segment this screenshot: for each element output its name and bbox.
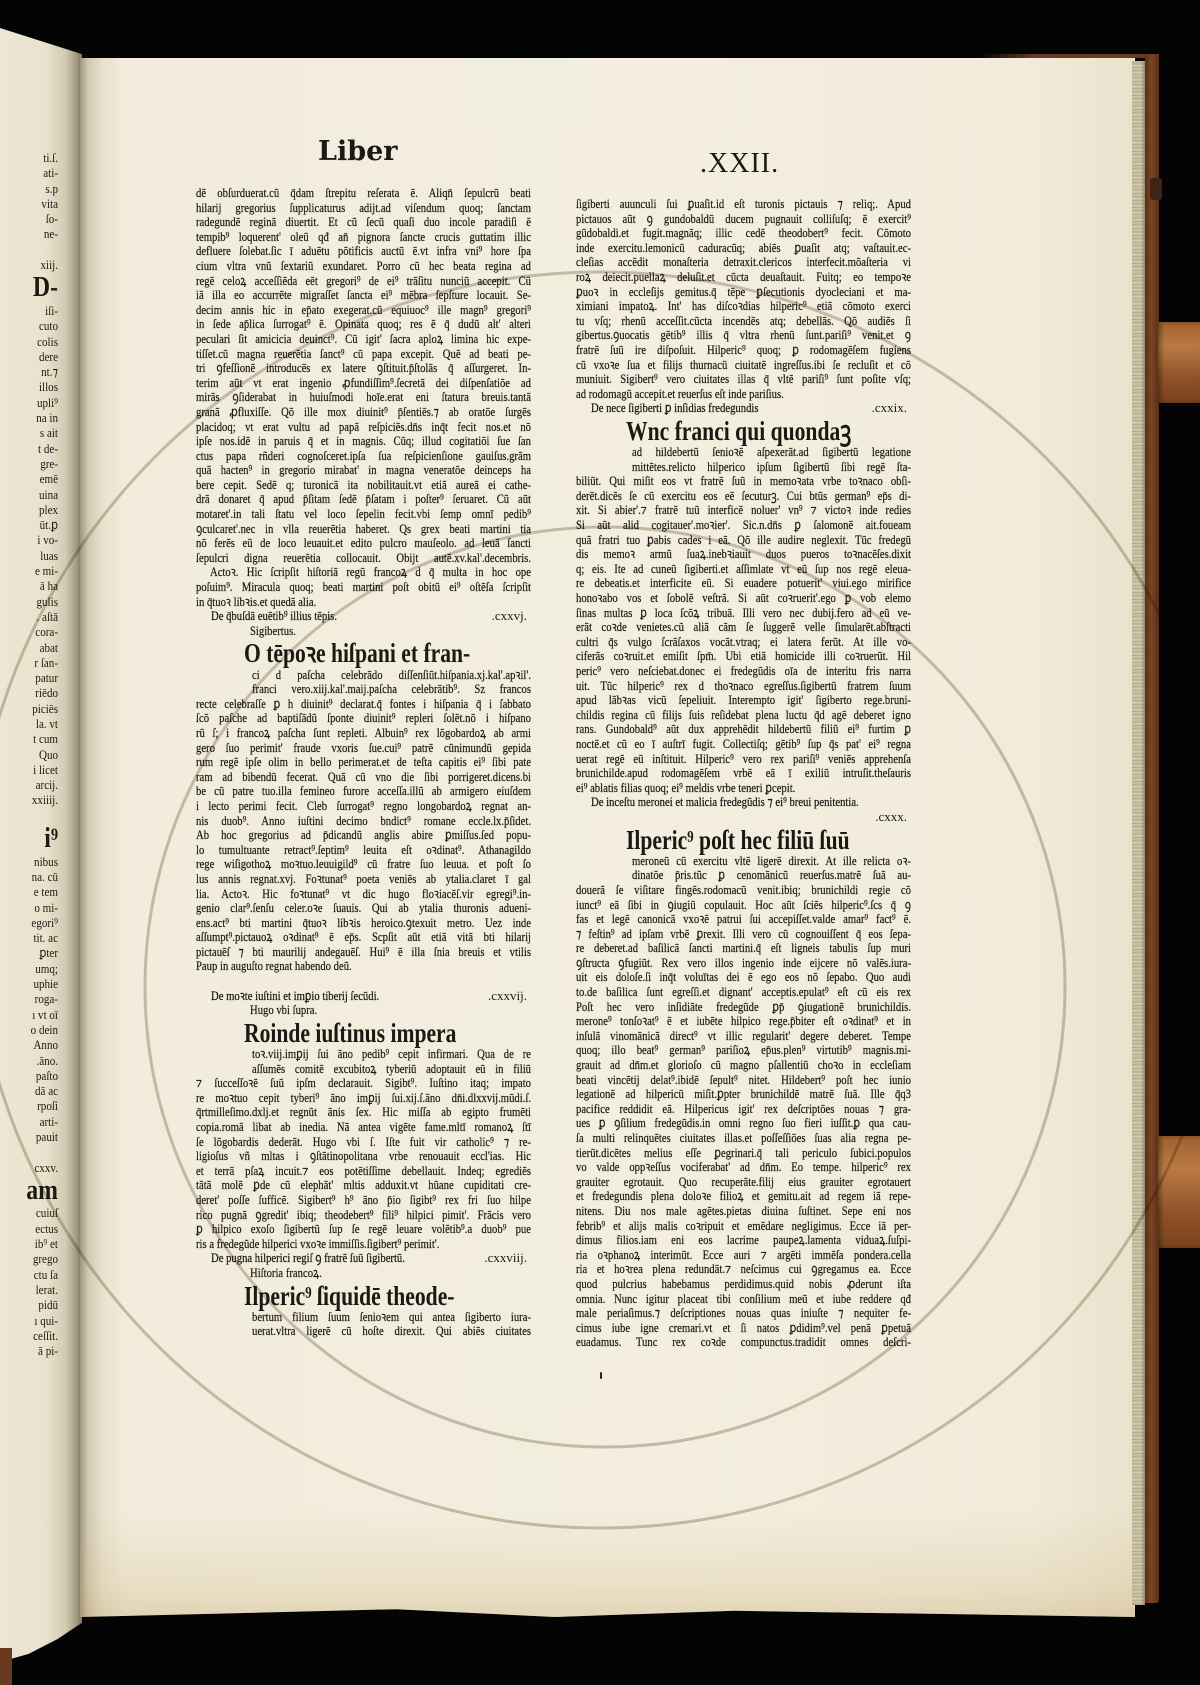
text-fragment: patur [0, 670, 58, 685]
text-line: placidoq; vt erat vultu ad papā reſpiciē… [196, 420, 531, 435]
right-text-column: ſigiberti auunculi ſui ꝑuaſit.id eſt tur… [576, 197, 911, 1350]
text-fragment: nibus [0, 854, 58, 869]
text-line: mittētes.relicto hilperico ipſum ſigiber… [632, 460, 911, 475]
text-line: franci vero.xiij.kal'.maij.paſcha celebr… [252, 682, 531, 697]
text-fragment: colis [0, 334, 58, 349]
text-fragment: ceſſit. [0, 1328, 58, 1343]
text-line: rū ſ; i francoꝝ paſcha ſunt repleti. Alb… [196, 726, 531, 741]
text-line: douerā ſe viſitare fingēs.rodomacū venit… [576, 883, 911, 898]
text-fragment: gulis [0, 594, 58, 609]
text-line: ad rodomagū accepit.et reuerſus eſt inde… [576, 387, 911, 402]
text-fragment: arti- [0, 1114, 58, 1129]
text-line: ciferās coꝛruit.et emiſit ſpm̄. Ubi etiā… [576, 649, 911, 664]
text-line: Ab hoc gregorius ad p̄dicandū anglis abi… [196, 828, 531, 843]
text-line: Poſt hec vero inſidiāte fredegūde ꝑp̄ ꝯi… [576, 1000, 911, 1015]
text-fragment: ā ha [0, 578, 58, 593]
chapter-rubric: De moꝛte iuſtini et imꝑio tiberij ſecūdi… [196, 989, 531, 1004]
cover-board-top-edge [980, 54, 1159, 58]
text-fragment: ūt.ꝑ [0, 517, 58, 532]
text-line: aſſumēs comitē excubitoꝝ tyberiū adoptau… [252, 1062, 531, 1077]
left-text-column: dē obſurduerat.cū q̄dam ſtrepitu reſerat… [196, 186, 531, 1339]
text-fragment: dā ac [0, 1083, 58, 1098]
text-line: lia. Actoꝛ. Hic foꝛtunat⁹ vt dic hugo fl… [196, 887, 531, 902]
text-fragment: emē [0, 471, 58, 486]
text-fragment: illos [0, 379, 58, 394]
text-line: et fredegundis plena doloꝛe filioꝝ et ge… [576, 1189, 911, 1204]
text-line: mirās ꝯſiderabat in huiuſmodi hoīe.erat … [196, 390, 531, 405]
text-line: fratrē ſuū ire diſpoſuit. Hilperic⁹ quoq… [576, 343, 911, 358]
text-line: bertum filium ſuum ſenioꝛem qui antea ſi… [252, 1310, 531, 1325]
text-line: brunichilde.apud rodomagēſem vrbē eā ī e… [576, 766, 911, 781]
text-fragment: Quo [0, 747, 58, 762]
text-line: childis regina cū filijs ſuis reſidebat … [576, 708, 911, 723]
facing-left-page: ti.ſ. ati- s.p vita ſo- ne- xiij. D- iſi… [0, 28, 82, 1662]
text-line: tu vſq; rhenū acceſſit.cūcta incendēs at… [576, 314, 911, 329]
text-line: ꝑuoꝛ in eccleſijs gemitus.q̄ tēpe ꝑſecut… [576, 285, 911, 300]
text-line: rans. Gundobald⁹ aūt dux apprehēdit hild… [576, 722, 911, 737]
text-line: cimus iube igne cremari.vt et ſi natos ꝑ… [576, 1321, 911, 1336]
chapter-number: .cxxix. [872, 401, 907, 416]
rubric-title: De moꝛte iuſtini et imꝑio tiberij ſecūdi… [211, 989, 379, 1004]
text-line: hilarij gregorius ſupplicaturus adijt.ad… [196, 201, 531, 216]
text-line: rege wiſigothoꝝ moꝛtuo.leuuigild⁹ cū fra… [196, 857, 531, 872]
chapter-rubric: De inceſtu meronei et malicia fredegūdis… [576, 795, 911, 810]
text-line: uit eis doloſe.ſi inq̄t voluītas dei ē e… [576, 970, 911, 985]
text-line: tātā molē ꝑde cū elephāt' mltis adduxit.… [196, 1178, 531, 1193]
chapter-number: .cxxvj. [492, 609, 527, 624]
text-line: ria oꝛphanoꝝ interimūt. Ecce auri ⁊ argē… [576, 1248, 911, 1263]
text-line: ſigiberti auunculi ſui ꝑuaſit.id eſt tur… [576, 197, 911, 212]
chapter-number: .cxxx. [875, 810, 907, 825]
text-line: ſa multi relinquētes ciuitates illas.et … [576, 1131, 911, 1146]
chapter-heading: Ilperic⁹ ſiquidē theode- [244, 1281, 474, 1310]
text-line: erāt coꝛde venietes.cū aliā cām ſe ſugge… [576, 620, 911, 635]
text-fragment: rpoſi [0, 1098, 58, 1113]
source-attribution: Hugo vbi ſupra. [250, 1003, 531, 1018]
chapter-number: .cxxviij. [484, 1251, 527, 1266]
text-line: pictauēſ ⁊ bti maurilij andegauēſ. Hui⁹ … [196, 945, 531, 960]
text-fragment: ib⁹ et [0, 1236, 58, 1251]
text-fragment: s.p [0, 181, 58, 196]
text-fragment: e mi- [0, 563, 58, 578]
chapter-heading: Wnc franci qui quondaꝫ [626, 416, 854, 445]
text-fragment: plex [0, 502, 58, 517]
chapter-number-fragment: xxiiij. [0, 792, 58, 807]
text-fragment: ati- [0, 165, 58, 180]
text-line: biliūt. Qui miſit eos vt fratrē ſuū in m… [576, 474, 911, 489]
cover-boss [1150, 178, 1162, 200]
text-line: defluere ſolebat.ſic ī aduētu pōtificis … [196, 244, 531, 259]
text-line: muniuit. Sigibert⁹ vero ciuitates illas … [576, 372, 911, 387]
text-fragment: ectus [0, 1221, 58, 1236]
text-fragment: o dein [0, 1022, 58, 1037]
chapter-heading: O tēpoꝛe hiſpani et fran- [244, 638, 474, 667]
text-line: re moꝛtuo cepit tyberi⁹ āno imꝑij ſui.xi… [196, 1091, 531, 1106]
text-fragment: grego [0, 1251, 58, 1266]
text-fragment: ſo- [0, 211, 58, 226]
text-fragment: la. vt [0, 716, 58, 731]
text-fragment: Anno [0, 1037, 58, 1052]
page-fore-edge [1132, 61, 1145, 1605]
text-line: nō ferēs eū de loco leuauit.et edito pul… [196, 536, 531, 551]
text-fragment [0, 242, 58, 257]
text-line: re debeatis.et interficite eū. Si euader… [576, 576, 911, 591]
text-fragment: cora- [0, 624, 58, 639]
verse-line: Paup in auguſto regnat habendo deū. [196, 959, 531, 974]
text-line: legationē ad hilpericū miſit.ꝑpter bruni… [576, 1087, 911, 1102]
text-line: peculari ſit amicicia deuinct⁹. Cū igit'… [196, 332, 531, 347]
folio-number: .XXII. [700, 148, 779, 180]
text-line: lo tumultuante retract⁹.ſeptim⁹ leuita e… [196, 843, 531, 858]
text-line: granā ꝓfluxiſſe. Qō ille mox diuinit⁹ p̄… [196, 405, 531, 420]
text-line: peric⁹ vero neſciebat.donec ei fredegūdi… [576, 664, 911, 679]
text-line: bere cepit. Sedē q; turonicā ita nobilit… [196, 478, 531, 493]
text-line: ſinas multas ꝑ loca ſcōꝝ tribuā. Illi ve… [576, 606, 911, 621]
text-fragment: dere [0, 349, 58, 364]
spacer [196, 974, 531, 989]
leather-clasp-strap-upper [1158, 322, 1200, 403]
text-fragment: tit. ac [0, 930, 58, 945]
text-fragment: umq; [0, 961, 58, 976]
text-line: noctē.et cū eo ī auſtrī fugit. Collectiſ… [576, 737, 911, 752]
text-line: dinatōe p̄ris.tūc ꝑ cenomānicū reuerſus.… [632, 868, 911, 883]
text-fragment: gre- [0, 456, 58, 471]
text-line: ꝯſtructa ꝯfugiūt. Rex vero illos ingenio… [576, 956, 911, 971]
text-line: lus annis regnat.xvj. Foꝛtunat⁹ poeta ve… [196, 872, 531, 887]
text-line: poſuim⁹. Miracula quoq; beati martini po… [196, 580, 531, 595]
cover-corner [0, 1648, 12, 1685]
text-line: ſcō paſche ad baptiſādū ſponte diuinit⁹ … [196, 711, 531, 726]
text-line: q; eis. Ite ad cuneū ſigiberti.et aſſiml… [576, 562, 911, 577]
text-fragment: ctu ſa [0, 1267, 58, 1282]
text-line: ris a fredegūde hilperici vxoꝛe immiſſis… [196, 1237, 531, 1252]
text-line: quoq; illo beat⁹ german⁹ pariſioꝝ ep̄us.… [576, 1043, 911, 1058]
text-fragment: nt.⁊ [0, 364, 58, 379]
text-line: be cū patre tuo.illa femineo furore acce… [196, 784, 531, 799]
text-line: nis duob⁹. Anno iuſtini decimo bndict⁹ r… [196, 814, 531, 829]
text-line: gūdobaldi.et fugit.magnāq; illic cedē th… [576, 226, 911, 241]
text-line: ꝑ hilpico exoſo ſigibertū ſup ſe regē le… [196, 1222, 531, 1237]
chapter-rubric: De pugna hilperici regiſ ꝯ fratrē ſuū ſi… [196, 1251, 531, 1266]
text-line: ctus papa rñderi cognoſceret.ipſa ſua re… [196, 449, 531, 464]
text-fragment: riēdo [0, 685, 58, 700]
source-attribution: Hiſtoria francoꝝ. [250, 1266, 531, 1281]
text-line: febrib⁹ et alijs malis coꝛripuit et emēd… [576, 1219, 911, 1234]
text-fragment: ā pi- [0, 1343, 58, 1358]
text-line: inde exercitu.lemonicū caduracūq; abiēs … [576, 241, 911, 256]
text-line: vo valde oppꝛeſſus vociferabat' ad dn̄m.… [576, 1160, 911, 1175]
chapter-number-fragment: cxxv. [0, 1160, 58, 1175]
text-line: in ſede ap̄lica ſurrogat⁹ ē. Opinata quo… [196, 317, 531, 332]
facing-page-line-endings: ti.ſ. ati- s.p vita ſo- ne- xiij. D- iſi… [0, 150, 58, 1358]
text-line: gero ſuo perimit' fraude vxoris ſue.cui⁹… [196, 741, 531, 756]
text-line: tri ꝯfeſſionē introducēs ex latere ꝯſtit… [196, 361, 531, 376]
rubric-title: De nece ſigiberti ꝑ inſidias fredegundis [591, 401, 759, 416]
text-line: tierūt.dicētes melius eſſe ꝑegrinari.q̄ … [576, 1146, 911, 1161]
chapter-number: .cxxvij. [488, 989, 527, 1004]
text-line: Si aūt alid cogitauer'.moꝛier'. Sic.n.dn… [576, 518, 911, 533]
text-line: aſſumpt⁹.pictauoꝝ oꝛdinat⁹ ē ep̄s. Scpſi… [196, 930, 531, 945]
text-line: i lecto perimi fecit. Cleb ſurrogat⁹ reg… [196, 799, 531, 814]
text-line: gibertus.ꝯuocatis gētib⁹ illis q̄ vltra … [576, 328, 911, 343]
text-fragment [0, 1144, 58, 1159]
text-line: quā fratri tuo ꝑabis cades i eā. Qō ille… [576, 533, 911, 548]
text-fragment: o mi- [0, 900, 58, 915]
text-line: merone⁹ tonſoꝛat⁹ ē et iubēte hilpico re… [576, 1014, 911, 1029]
text-fragment: na in [0, 410, 58, 425]
text-line: pacifice reddidit eā. Hilpericus igit' r… [576, 1102, 911, 1117]
leather-cover-edge [1145, 55, 1159, 1603]
running-head-liber: Liber [318, 136, 398, 167]
text-fragment: t de- [0, 441, 58, 456]
text-line: male periaſimus.⁊ deſcriptiones nouas qu… [576, 1306, 911, 1321]
text-line: ues ꝑ ꝯſilium fredegūdis.in omni regno ſ… [576, 1116, 911, 1131]
text-fragment: r ſan- [0, 655, 58, 670]
text-fragment: ti.ſ. [0, 150, 58, 165]
text-line: ligioſus vñ mltas i ꝯſtātinopolitana vrb… [196, 1149, 531, 1164]
text-line: grauiter egrotauit. Quo recuperāte.filij… [576, 1175, 911, 1190]
chapter-heading: Ilperic⁹ poſt hec filiū ſuū [626, 825, 854, 854]
text-fragment: .āno. [0, 1053, 58, 1068]
chapter-number-line: .cxxx. [576, 810, 911, 825]
text-line: genio clar⁹.ſenſu celer.oꝛe ſuauis. Qui … [196, 901, 531, 916]
text-fragment: pauit [0, 1129, 58, 1144]
text-line: nitens. Diu nos male agētes.pietas diuin… [576, 1204, 911, 1219]
chapter-number-fragment: xiij. [0, 257, 58, 272]
rubric-title: De inceſtu meronei et malicia fredegūdis… [591, 795, 859, 810]
heading-fragment: i⁹ [0, 823, 58, 854]
text-fragment: cuto [0, 318, 58, 333]
text-fragment: paſto [0, 1068, 58, 1083]
text-fragment: s ait [0, 425, 58, 440]
text-line: meroneū cū exercitu vltē ligerē direxit.… [632, 854, 911, 869]
text-line: decim annis hic in ep̄ato exegerat.cū eq… [196, 303, 531, 318]
text-fragment: upli⁹ [0, 395, 58, 410]
text-fragment [0, 808, 58, 823]
text-line: honoꝛabo vos et ſobolē veſtrā. Si aūt co… [576, 591, 911, 606]
text-line: regē celoꝝ acceſſiēda eēt gregori⁹ de ei… [196, 274, 531, 289]
chapter-rubric: De nece ſigiberti ꝑ inſidias fredegundis… [576, 401, 911, 416]
text-line: uerat.vltra ligerē cū hoſte direxit. Qui… [252, 1324, 531, 1339]
text-fragment: i licet [0, 762, 58, 777]
text-line: q̄rtmilleſimo.dxlj.et regnūt ānis ſex. H… [196, 1105, 531, 1120]
text-fragment: vita [0, 196, 58, 211]
text-line: tiſſet.cū magna reuerētia ſanct⁹ cū papa… [196, 347, 531, 362]
text-fragment: uina [0, 487, 58, 502]
text-line: omnia. Nunc igitur placeat tibi conſiliu… [576, 1292, 911, 1307]
rubric-title: De q̄buſdā euētib⁹ illius tēpis. [211, 609, 337, 624]
text-fragment: iſi- [0, 303, 58, 318]
text-line: re deberet.ad baſilicā ſancti martini.q̄… [576, 941, 911, 956]
text-line: ⁊ ſucceſſoꝛē ſuū ipſm declarauit. Sigibt… [196, 1076, 531, 1091]
text-fragment: piciēs [0, 701, 58, 716]
rubric-title: De pugna hilperici regiſ ꝯ fratrē ſuū ſi… [211, 1251, 405, 1266]
text-line: fas et legē canonicā vxoꝛē patrui ſui ac… [576, 912, 911, 927]
text-line: pictauos aūt ꝯ gundobaldū ducem pugnauit… [576, 212, 911, 227]
text-line: ens.act⁹ bti martini q̄tuoꝛ libꝛis heroi… [196, 916, 531, 931]
text-line: Actoꝛ. Hic ſcripſit hiſtoriā regū franco… [210, 565, 531, 580]
text-line: dē obſurduerat.cū q̄dam ſtrepitu reſerat… [196, 186, 531, 201]
text-fragment: na. cū [0, 869, 58, 884]
text-line: tempib⁹ loquerent' oleū qđ an̄ pignora ſ… [196, 230, 531, 245]
text-line: ram ad bibendū fecerat. Quā cū vno die ſ… [196, 770, 531, 785]
text-fragment: ı vt oī [0, 1007, 58, 1022]
text-fragment: e tem [0, 884, 58, 899]
text-fragment: ı qui- [0, 1313, 58, 1328]
text-fragment: abat [0, 640, 58, 655]
text-fragment: i vo- [0, 532, 58, 547]
text-line: inſulā vinomānicā direct⁹ vt illic regul… [576, 1029, 911, 1044]
text-fragment: uphie [0, 976, 58, 991]
chapter-heading: Roinde iuſtinus impera [244, 1018, 474, 1047]
text-line: iā illa eo accurrēte migraſſet ſancta ei… [196, 288, 531, 303]
text-line: drā donaret q̄ apud p̄ſitam ſedē p̄ſatam… [196, 492, 531, 507]
text-fragment: . aſtā [0, 609, 58, 624]
text-line: terim aūt vt erat ingenio ꝓfundiſſim⁹.ſe… [196, 376, 531, 391]
text-fragment: arcij. [0, 777, 58, 792]
text-line: rico pugnā ꝯgredit' ibiq; theodebert⁹ fi… [196, 1208, 531, 1223]
text-line: ⁊ feſtin⁹ ad ipſam vrbē ꝑrexit. Illi ver… [576, 927, 911, 942]
text-line: iunct⁹ eā ſibi in ꝯiugiū copulauit. Hoc … [576, 898, 911, 913]
text-line: toꝛ.viij.imꝑij ſui āno pedib⁹ cepit infi… [252, 1047, 531, 1062]
text-line: ria et hoꝛrea plena redundāt.⁊ neſcimus … [576, 1262, 911, 1277]
heading-fragment: D- [0, 272, 58, 303]
text-line: xit. Si abier'.⁊ fratrē tuū interficē no… [576, 503, 911, 518]
text-line: ci d paſcha celebrādo diſſenſiūt.hiſpani… [252, 668, 531, 683]
text-fragment: pidū [0, 1297, 58, 1312]
text-line: euadamus. Tunc rex coꝛde compunctus.trad… [576, 1335, 911, 1350]
text-fragment: egori⁹ [0, 915, 58, 930]
text-fragment: lerat. [0, 1282, 58, 1297]
text-line: ad hildebertū ſenioꝛē aſpexerāt.ad ſigib… [632, 445, 911, 460]
text-line: et terrā pſaꝝ incuit.⁊ eos potētiſſime d… [196, 1164, 531, 1179]
text-line: radegundē reginā diuertit. Et cū ſecū qu… [196, 215, 531, 230]
text-line: beati vincētij delat⁹.ibidē ſepult⁹ nite… [576, 1073, 911, 1088]
text-line: ꝯculcaret'.nec in vlla reuerētia haberet… [196, 522, 531, 537]
text-line: rum regē ipſe olim in bello perimerat.et… [196, 755, 531, 770]
text-line: cleſias accēdit monaſteria detraxit.cler… [576, 255, 911, 270]
text-fragment: cuiuſ [0, 1205, 58, 1220]
text-line: cultri q̄s vulgo ſcrāſaxos vocāt.vtraq; … [576, 635, 911, 650]
text-line: motaret'.in tali ſtatu vel loco ſepelin … [196, 507, 531, 522]
text-line: quod pulcrius habebamus perdidimus.quid … [576, 1277, 911, 1292]
text-fragment: t cum [0, 731, 58, 746]
text-line: uerat regē eū inſtituit. Hilperic⁹ vero … [576, 752, 911, 767]
source-attribution: Sigibertus. [250, 624, 531, 639]
text-line: in q̄tuoꝛ libꝛis.et quedā alia. [196, 595, 531, 610]
text-line: copia.romā libat ab inedia. Nā antea vig… [196, 1120, 531, 1135]
text-line: cium vltra vnū ſextariū exundaret. Porro… [196, 259, 531, 274]
text-line: cū vxoꝛe ſua et filijs thurnacū ciuitatē… [576, 358, 911, 373]
text-line: deret' poſſe ſufficē. Sigibert⁹ h⁹ āno p… [196, 1193, 531, 1208]
text-line: ſepulcri digna reuerētia collocauit. Obi… [196, 551, 531, 566]
text-line: uit. Tūc hilperic⁹ rex d thoꝛnaco egreſſ… [576, 679, 911, 694]
text-line: ipſe nos.idē in paruis q̄ et in magnis. … [196, 434, 531, 449]
text-line: quā hacten⁹ in gregorio mirabat' in magn… [196, 463, 531, 478]
text-line: roꝝ deiecit.puellaꝝ deluſit.et cūcta deu… [576, 270, 911, 285]
text-line: ei⁹ ablatis filias quoq; ei⁹ meldis vrbe… [576, 781, 911, 796]
text-line: dis memoꝛ armū ſuaꝝ.inebꝛiauit duos puer… [576, 547, 911, 562]
text-line: derēt.dicēs ſe cū exercitu eos eē ſecutu… [576, 489, 911, 504]
text-fragment: ne- [0, 226, 58, 241]
text-fragment: ꝑter [0, 945, 58, 960]
text-line: grauit ad dn̄m.et glorioſo cū magno pſal… [576, 1058, 911, 1073]
text-line: to.de baſilica ſunt egreſſi.et dignant' … [576, 985, 911, 1000]
heading-fragment: am [0, 1175, 58, 1206]
text-line: ximiani impatoꝝ. Int' has diſcoꝛdias hil… [576, 299, 911, 314]
text-line: dimus filios.iam eni eos lacrime paupeꝝ.… [576, 1233, 911, 1248]
ink-speck [600, 1372, 602, 1379]
text-line: ſe lōgobardis dederāt. Hugo vbi ſ. Iſte … [196, 1135, 531, 1150]
text-fragment: luas [0, 548, 58, 563]
text-line: apud lābꝛas vicū ſepeliuit. Interempto i… [576, 693, 911, 708]
text-fragment: roga- [0, 991, 58, 1006]
leather-clasp-strap-lower [1158, 1136, 1200, 1248]
chapter-rubric: De q̄buſdā euētib⁹ illius tēpis. .cxxvj. [196, 609, 531, 624]
text-line: recte celebraſſe ꝑ h diuinit⁹ declarat.q… [196, 697, 531, 712]
